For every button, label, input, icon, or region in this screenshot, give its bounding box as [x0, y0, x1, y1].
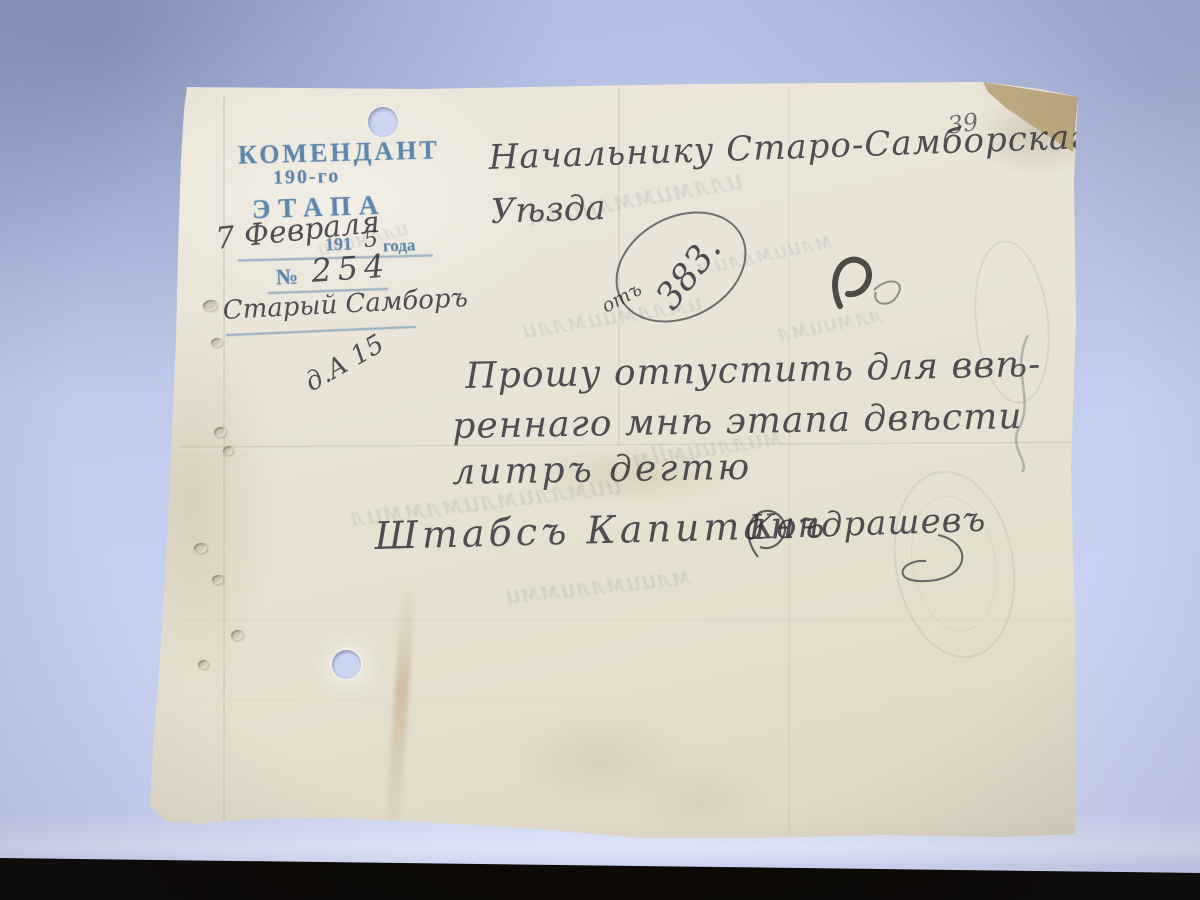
handwritten-number: 254 — [310, 246, 392, 289]
photo-canvas: иллмиммлиилм млиимллим имллмиимлли ллмии… — [0, 0, 1200, 900]
stamp-unit-line: 190-го — [273, 165, 341, 190]
punch-hole — [332, 650, 361, 679]
fold-crease-vertical — [223, 95, 225, 820]
stamp-number-sign: № — [276, 264, 299, 291]
fold-crease-vertical — [788, 90, 790, 835]
fold-crease-horizontal — [178, 700, 1076, 702]
recipient-line2: Уѣзда — [490, 188, 606, 232]
punch-hole — [368, 107, 398, 137]
signature-flourish — [730, 495, 990, 605]
pencil-scribble — [822, 248, 932, 318]
pencil-squiggle — [1000, 330, 1050, 475]
body-line3: литръ дегтю — [452, 447, 753, 493]
